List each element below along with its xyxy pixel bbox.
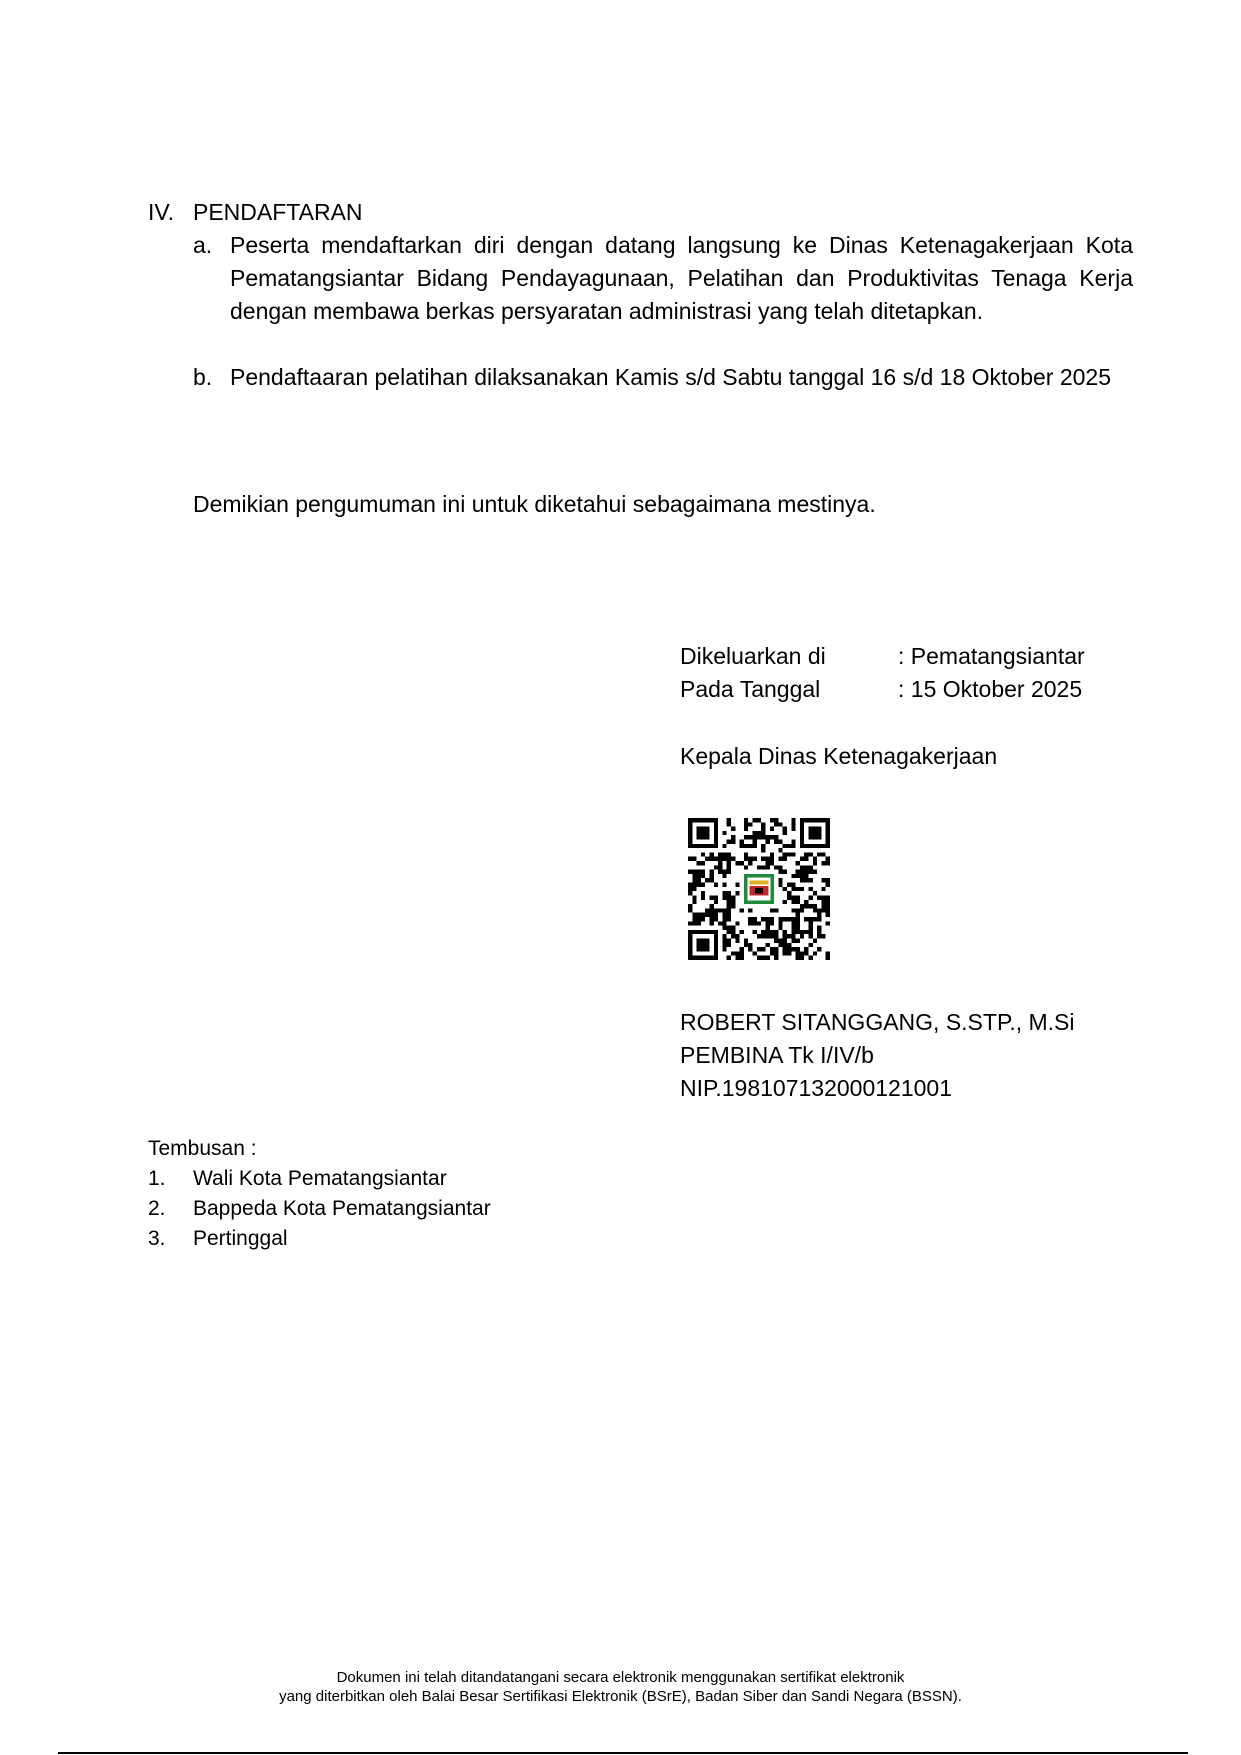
signer-rank: PEMBINA Tk I/IV/b xyxy=(680,1039,1075,1072)
item-text: Pendaftaaran pelatihan dilaksanakan Kami… xyxy=(230,361,1133,394)
item-marker: b. xyxy=(193,361,230,394)
issued-date-row: Pada Tanggal : 15 Oktober 2025 xyxy=(680,673,1085,706)
item-marker: a. xyxy=(193,229,230,328)
signer-nip: NIP.198107132000121001 xyxy=(680,1072,1075,1105)
issued-date-label: Pada Tanggal xyxy=(680,673,898,706)
qr-code-signature-icon xyxy=(688,818,830,960)
signer-block: ROBERT SITANGGANG, S.STP., M.Si PEMBINA … xyxy=(680,1006,1075,1105)
footer-divider xyxy=(58,1752,1188,1754)
closing-statement: Demikian pengumuman ini untuk diketahui … xyxy=(193,488,876,521)
issued-place-row: Dikeluarkan di : Pematangsiantar xyxy=(680,640,1085,673)
issued-place-value: : Pematangsiantar xyxy=(898,640,1085,673)
section-heading: IV. PENDAFTARAN xyxy=(148,196,363,229)
carbon-copy-item: 2. Bappeda Kota Pematangsiantar xyxy=(148,1194,491,1224)
footer-line-1: Dokumen ini telah ditandatangani secara … xyxy=(0,1668,1241,1687)
carbon-copy-item: 1. Wali Kota Pematangsiantar xyxy=(148,1164,491,1194)
carbon-copy-title: Tembusan : xyxy=(148,1134,491,1164)
carbon-copy-item: 3. Pertinggal xyxy=(148,1224,491,1254)
issued-place-label: Dikeluarkan di xyxy=(680,640,898,673)
issuance-block: Dikeluarkan di : Pematangsiantar Pada Ta… xyxy=(680,640,1085,706)
section-number: IV. xyxy=(148,196,193,229)
issued-date-value: : 15 Oktober 2025 xyxy=(898,673,1082,706)
section-title: PENDAFTARAN xyxy=(193,196,363,229)
signer-name: ROBERT SITANGGANG, S.STP., M.Si xyxy=(680,1006,1075,1039)
footer-line-2: yang diterbitkan oleh Balai Besar Sertif… xyxy=(0,1687,1241,1706)
electronic-signature-note: Dokumen ini telah ditandatangani secara … xyxy=(0,1668,1241,1706)
item-text: Peserta mendaftarkan diri dengan datang … xyxy=(230,229,1133,328)
document-page: IV. PENDAFTARAN a. Peserta mendaftarkan … xyxy=(0,0,1241,1755)
list-item: a. Peserta mendaftarkan diri dengan data… xyxy=(193,229,1133,328)
carbon-copy-block: Tembusan : 1. Wali Kota Pematangsiantar … xyxy=(148,1134,491,1254)
signatory-role: Kepala Dinas Ketenagakerjaan xyxy=(680,740,997,773)
list-item: b. Pendaftaaran pelatihan dilaksanakan K… xyxy=(193,361,1133,394)
